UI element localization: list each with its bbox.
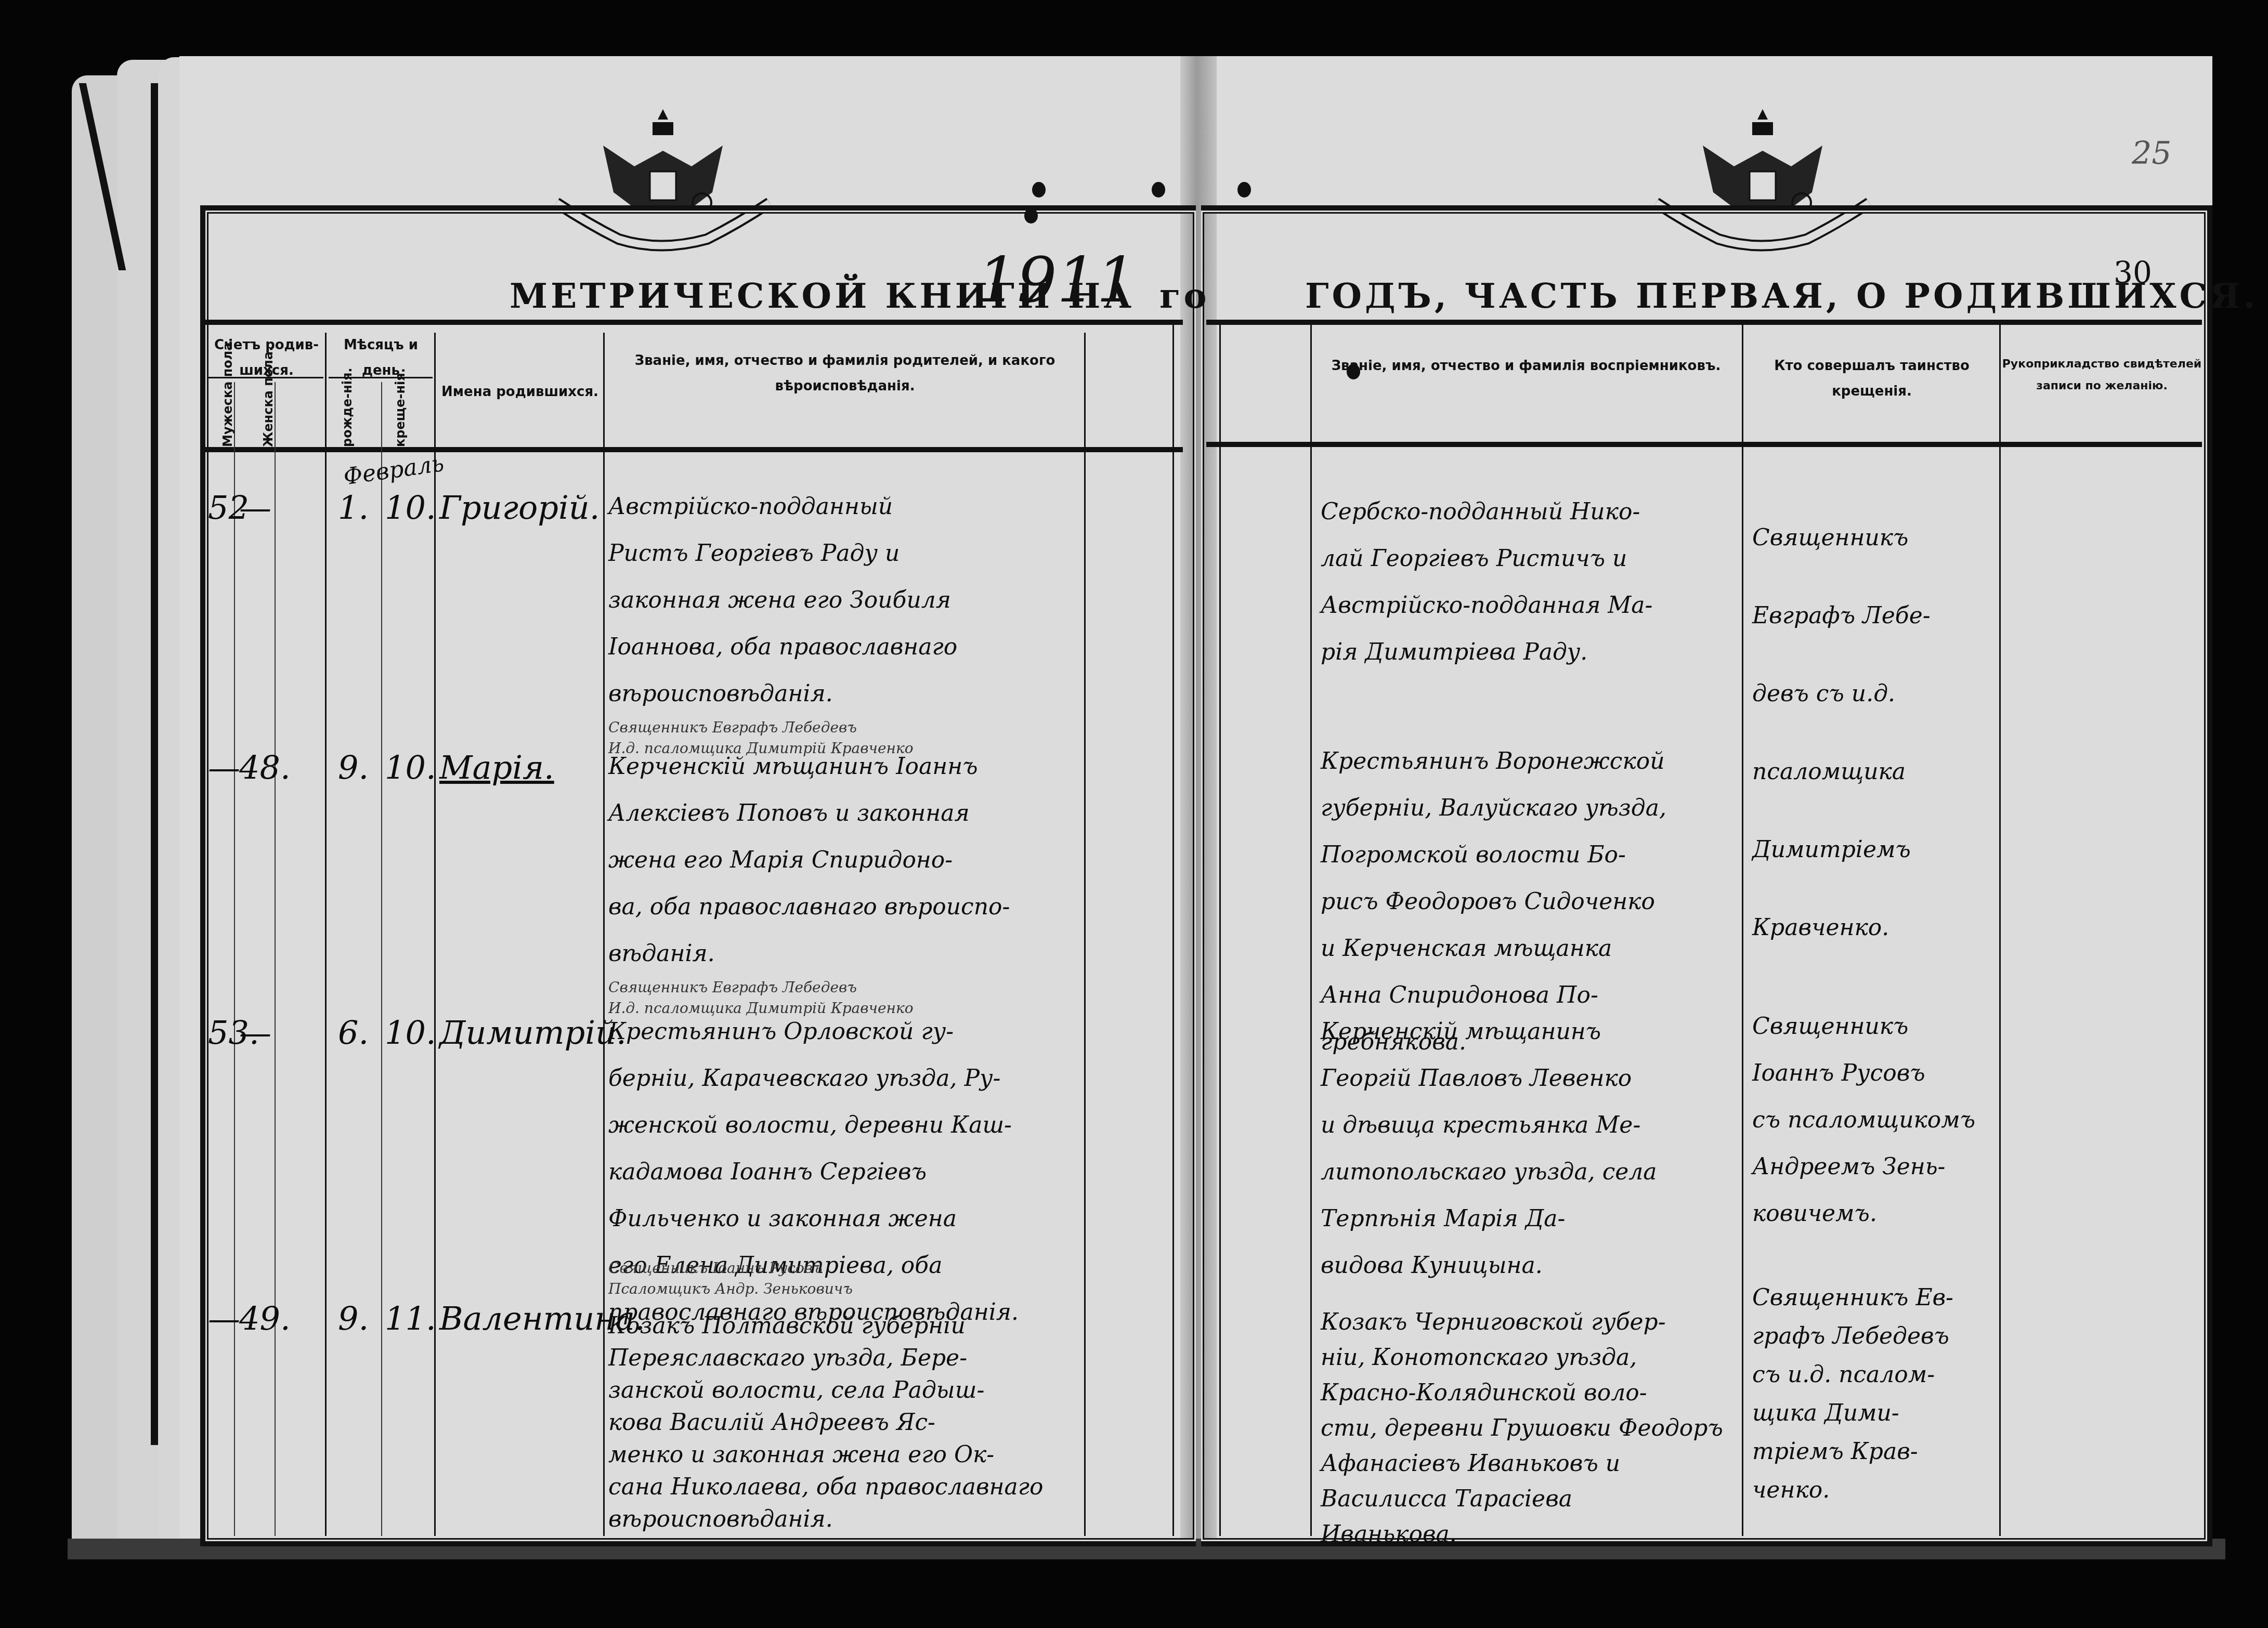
text-line: щика Дими- [1752,1394,1997,1433]
column-divider [1999,322,2001,1536]
godparents-text: Керченскій мѣщанинъ Георгій Павловъ Леве… [1321,1008,1737,1289]
text-line: Красно-Колядинской воло- [1321,1375,1737,1411]
text-line: Фильченко и законная жена [608,1196,1081,1242]
text-line: Керченскій мѣщанинъ [1321,1008,1737,1055]
text-line: Кравченко. [1752,889,1997,967]
header-top-rule [1206,320,2202,325]
column-divider [381,382,382,1536]
female-count: — [239,489,271,527]
text-line: ніи, Конотопскаго уѣзда, [1321,1340,1737,1375]
female-count: 49. [239,1299,291,1337]
header-signatures: Рукоприкладство свидѣтелей записи по жел… [2002,353,2202,397]
header-count-female: Женска пола. [259,379,278,447]
page-edge-border [151,83,158,1445]
text-line: Священникъ [1752,499,1997,577]
text-line: вѣданія. [608,930,1081,977]
column-divider [325,333,327,1536]
text-line: берніи, Карачевскаго уѣзда, Ру- [608,1055,1081,1102]
text-line: видова Куницына. [1321,1242,1737,1289]
column-divider [1219,322,1221,1536]
male-count: — [208,749,240,786]
header-parents: Званіе, имя, отчество и фамилія родителе… [608,348,1081,400]
signature-notes: Священникъ Іоаннъ Русовъ Псаломщикъ Андр… [608,1258,1081,1299]
text-line: съ и.д. псалом- [1752,1356,1997,1394]
header-names: Имена родившихся. [437,379,603,405]
text-line: вѣроисповѣданія. [608,671,1081,717]
text-line: Сербско-подданный Нико- [1321,489,1737,535]
baptism-day: 11. [385,1299,436,1337]
text-line: Псаломщикъ Андр. Зеньковичъ [608,1279,1081,1299]
text-line: Георгій Павловъ Левенко [1321,1055,1737,1102]
performed-by-text: Священникъ Іоаннъ Русовъ съ псаломщикомъ… [1752,1003,1997,1237]
text-line: Погромской волости Бо- [1321,832,1737,878]
binding-hole [1024,208,1038,224]
baptism-day: 10. [385,749,436,786]
text-line: Переяславскаго уѣзда, Бере- [608,1342,1081,1374]
text-line: Священникъ Іоаннъ Русовъ [608,1258,1081,1279]
text-line: ченко. [1752,1471,1997,1509]
text-line: Священникъ Евграфъ Лебедевъ [608,977,1081,998]
text-line: Австрійско-подданная Ма- [1321,582,1737,629]
text-line: менко и законная жена его Ок- [608,1439,1081,1471]
text-line: губерніи, Валуйскаго уѣзда, [1321,785,1737,832]
header-top-rule [205,320,1183,325]
text-line: кадамова Іоаннъ Сергіевъ [608,1149,1081,1196]
text-line: Священникъ [1752,1003,1997,1050]
godparents-text: Козакъ Черниговской губер- ніи, Конотопс… [1321,1305,1737,1552]
column-divider [1742,322,1743,1536]
text-line: рія Димитріева Раду. [1321,629,1737,676]
child-name: Димитрій. [439,1014,627,1052]
text-line: Крестьянинъ Орловской гу- [608,1008,1081,1055]
header-bottom-rule [205,447,1183,452]
female-count: — [239,1014,271,1052]
text-line: Іоаннова, оба православнаго [608,624,1081,671]
text-line: Иванькова. [1321,1517,1737,1552]
performed-by-text: Священникъ Ев- графъ Лебедевъ съ и.д. пс… [1752,1279,1997,1509]
binding-hole [1152,182,1165,198]
child-name: Марія. [439,749,554,786]
text-line: законная жена его Зоибиля [608,577,1081,624]
text-line: и Керченская мѣщанка [1321,925,1737,972]
text-line: псаломщика [1752,733,1997,811]
text-line: и дѣвица крестьянка Ме- [1321,1102,1737,1149]
text-line: лай Георгіевъ Ристичъ и [1321,535,1737,582]
female-count: 48. [239,749,291,786]
child-name: Григорій. [439,489,600,527]
binding-hole [1032,182,1046,198]
godparents-text: Сербско-подданный Нико- лай Георгіевъ Ри… [1321,489,1737,676]
column-divider [275,382,276,1536]
text-line: жена его Марія Спиридоно- [608,837,1081,884]
text-line: тріемъ Крав- [1752,1433,1997,1471]
text-line: Священникъ Ев- [1752,1279,1997,1317]
text-line: Алексіевъ Поповъ и законная [608,790,1081,837]
text-line: Терпѣнія Марія Да- [1321,1196,1737,1242]
baptism-day: 10. [385,1014,436,1052]
column-divider [1084,333,1086,1536]
text-line: Ристъ Георгіевъ Раду и [608,530,1081,577]
text-line: Крестьянинъ Воронежской [1321,738,1737,785]
parents-text: Керченскій мѣщанинъ Іоаннъ Алексіевъ Поп… [608,743,1081,977]
column-divider [234,382,235,1536]
text-line: кова Василій Андреевъ Яс- [608,1407,1081,1439]
text-line: Австрійско-подданный [608,483,1081,530]
text-line: занской волости, села Радыш- [608,1374,1081,1407]
birth-day: 9. [338,1299,369,1337]
text-line: Андреемъ Зень- [1752,1144,1997,1190]
baptism-day: 10. [385,489,436,527]
column-divider [1172,322,1174,1536]
text-line: Козакъ Полтавской губерніи [608,1310,1081,1342]
text-line: женской волости, деревни Каш- [608,1102,1081,1149]
header-performed-by: Кто совершалъ таинство крещенія. [1747,353,1997,405]
text-line: рисъ Феодоровъ Сидоченко [1321,878,1737,925]
text-line: Козакъ Черниговской губер- [1321,1305,1737,1340]
header-birth: рожде-нія. [338,379,357,447]
text-line: Афанасіевъ Иваньковъ и [1321,1446,1737,1481]
title-left-tail: го [1159,275,1209,316]
pencil-folio-number: 25 [2132,135,2171,172]
text-line: Священникъ Евграфъ Лебедевъ [608,717,1081,738]
text-line: съ псаломщикомъ [1752,1097,1997,1144]
birth-day: 9. [338,749,369,786]
printed-page-number: 30 [2114,255,2152,290]
performed-by-text: Священникъ Евграфъ Лебе- девъ съ и.д. пс… [1752,499,1997,967]
birth-day: 6. [338,1014,369,1052]
text-line: Евграфъ Лебе- [1752,577,1997,655]
text-line: Іоаннъ Русовъ [1752,1050,1997,1097]
text-line: ва, оба православнаго вѣроиспо- [608,884,1081,930]
text-line: графъ Лебедевъ [1752,1317,1997,1356]
header-bottom-rule [1206,442,2202,447]
text-line: Димитріемъ [1752,811,1997,889]
text-line: Василисса Тарасіева [1321,1481,1737,1517]
text-line: литопольскаго уѣзда, села [1321,1149,1737,1196]
text-line: сти, деревни Грушовки Феодоръ [1321,1411,1737,1446]
text-line: ковичемъ. [1752,1190,1997,1237]
header-baptism: креще-нія. [391,379,410,447]
text-line: Керченскій мѣщанинъ Іоаннъ [608,743,1081,790]
text-line: сана Николаева, оба православнаго [608,1471,1081,1503]
parents-text: Козакъ Полтавской губерніи Переяславскаг… [608,1310,1081,1535]
column-divider [603,333,605,1536]
year-handwritten: 1911 [977,244,1136,317]
binding-hole [1347,364,1360,379]
text-line: вѣроисповѣданія. [608,1503,1081,1535]
column-divider [1310,322,1312,1536]
male-count: — [208,1299,240,1337]
header-count-male: Мужескa пола. [218,379,237,447]
birth-day: 1. [338,489,369,527]
text-line: девъ съ и.д. [1752,655,1997,733]
header-godparents: Званіе, имя, отчество и фамилія воспріем… [1315,353,1737,379]
parents-text: Австрійско-подданный Ристъ Георгіевъ Рад… [608,483,1081,717]
binding-hole [1237,182,1251,198]
